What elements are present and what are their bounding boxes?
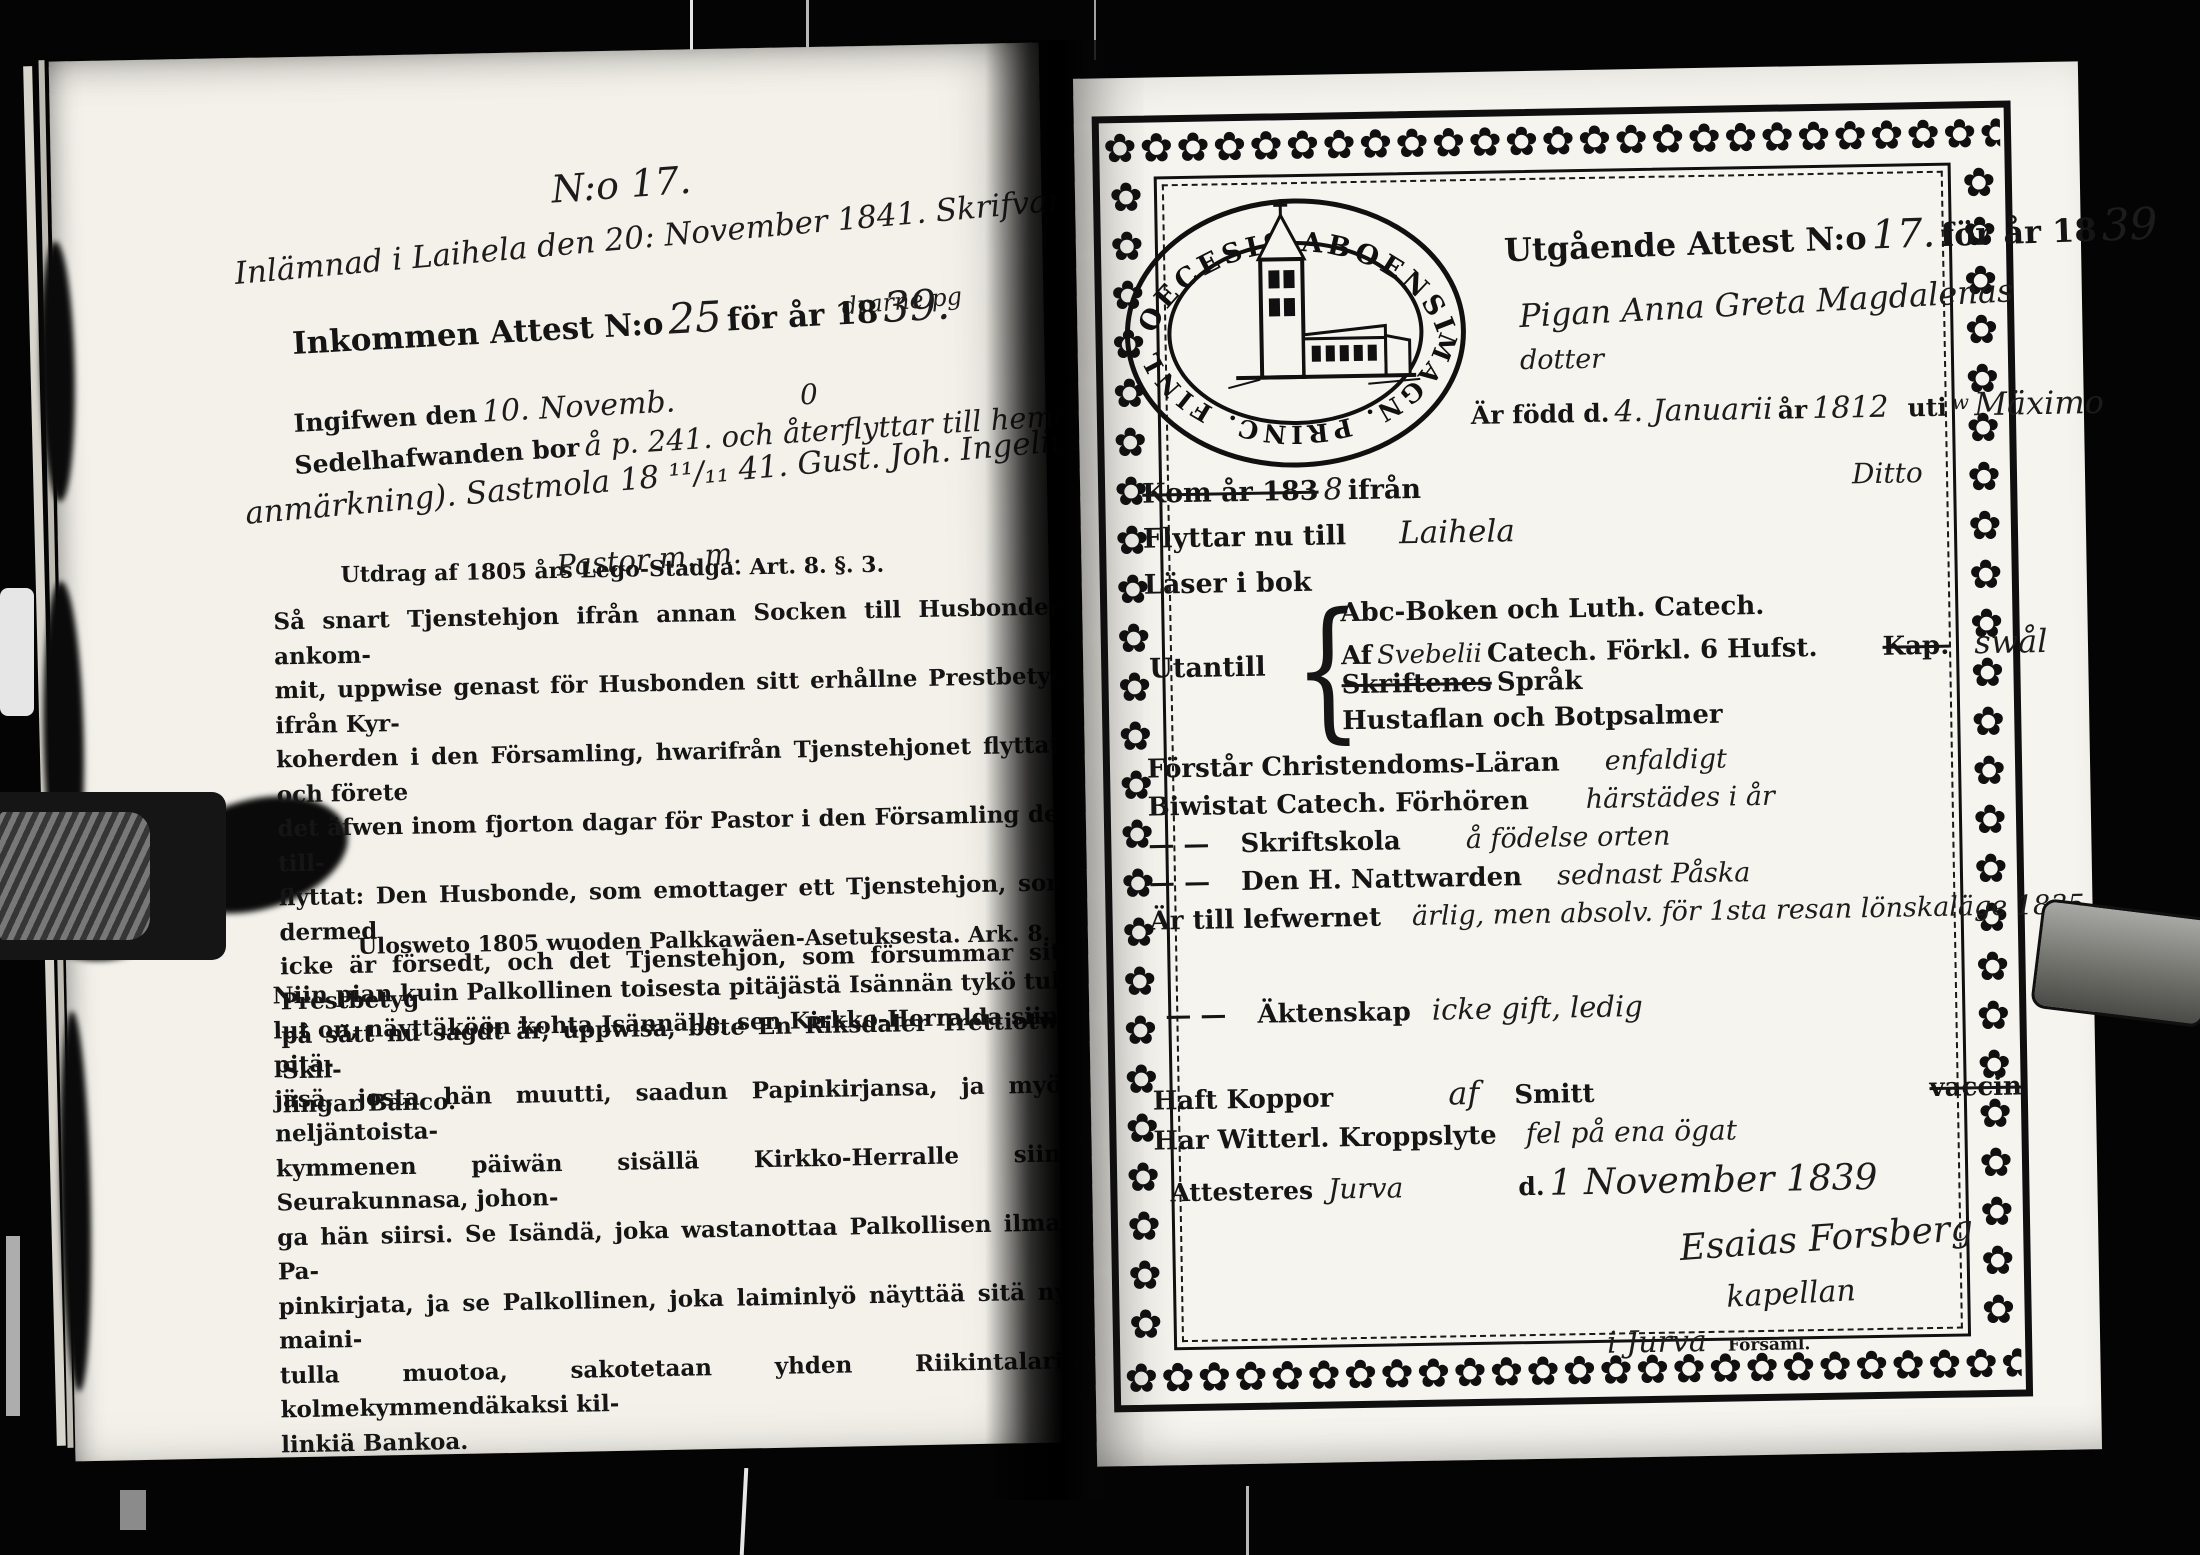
utantill-label: Utantill — [1149, 652, 1266, 685]
diocese-seal: DIOECESIS ABOENSIS. MAGN. PRINC. FINL. — [1117, 184, 1474, 480]
outgoing-attest-number: 17. — [1871, 210, 1936, 258]
signature-parish-printed: Församl. — [1728, 1334, 1811, 1355]
moves-to-row: Flyttar nu till Laihela — [1143, 513, 1515, 555]
born-year-label: år — [1777, 395, 1807, 425]
smallpox-label: Haft Koppor — [1153, 1083, 1334, 1116]
born-place-label: uti — [1907, 393, 1947, 423]
bodily-defect-value: fel på ena ögat — [1525, 1113, 1737, 1150]
moves-to-label: Flyttar nu till — [1143, 520, 1347, 555]
incoming-attest-infix: för år 18 — [726, 294, 879, 338]
ink-smear — [38, 241, 77, 502]
film-scratch — [6, 1236, 20, 1416]
incoming-attest-year: 39. — [882, 279, 951, 332]
utantill-line2-grade: swål — [1974, 622, 2048, 661]
moves-to-value: Laihela — [1399, 513, 1515, 551]
signature-parish-row: i Jurva Församl. — [1607, 1322, 1811, 1361]
attested-date: 1 November 1839 — [1549, 1157, 1878, 1204]
holy-communion-dash: — — — [1149, 868, 1211, 899]
utantill-line3-struck: Skriftenes — [1341, 668, 1492, 701]
born-place-superscript: w — [1952, 390, 1970, 414]
smallpox-infected-label: Smitt — [1514, 1079, 1595, 1110]
born-day-value: 4. Januarii — [1614, 392, 1773, 430]
attested-date-prefix: d. — [1518, 1172, 1545, 1201]
microfilm-scan: N:o 17. Inlämnad i Laihela den 20: Novem… — [0, 0, 2200, 1555]
utantill-line2-struck: Kap. — [1882, 631, 1949, 662]
film-scratch — [1246, 1486, 1249, 1555]
smallpox-hand: af — [1448, 1074, 1480, 1113]
reads-in-book-label: Läser i bok — [1144, 567, 1312, 601]
book-strap-left-highlight — [0, 812, 150, 940]
confirmation-school-dash: — — — [1148, 830, 1210, 861]
person-name-line2: dotter — [1520, 344, 1605, 376]
born-place-ditto: Ditto — [1852, 456, 1923, 490]
attested-label: Attesteres — [1170, 1176, 1313, 1207]
signature-title: kapellan — [1725, 1273, 1856, 1315]
film-scratch — [120, 1490, 146, 1530]
finnish-extract-body: Niin pian kuin Palkollinen toisesta pitä… — [272, 964, 1081, 1462]
conduct-label: Är till lefwernet — [1149, 903, 1381, 937]
incoming-attest-number: 25 — [667, 292, 723, 344]
holy-communion-value: sednast Påska — [1557, 857, 1751, 891]
incoming-attest-heading: Inkommen Attest N:o 25 för år 18 39. — [291, 279, 951, 364]
left-page: N:o 17. Inlämnad i Laihela den 20: Novem… — [49, 43, 1066, 1462]
swedish-extract-heading: Utdrag af 1805 års Lego-Stadga. Art. 8. … — [340, 552, 884, 588]
confirmation-school-label: Skriftskola — [1240, 826, 1401, 859]
holy-communion-label: Den H. Nattwarden — [1241, 862, 1522, 897]
understands-doctrine-value: enfaldigt — [1604, 744, 1727, 777]
born-label: Är född d. — [1471, 399, 1610, 430]
came-from-label: ifrån — [1348, 474, 1422, 506]
marriage-value: icke gift, ledig — [1432, 989, 1644, 1027]
marriage-dash: — — — [1165, 1000, 1227, 1031]
smallpox-vaccine-struck: vaccin — [1929, 1071, 2022, 1103]
utantill-line2-prefix: Af — [1341, 641, 1372, 672]
case-number: N:o 17. — [550, 158, 693, 212]
outgoing-attest-infix: för år 18 — [1940, 211, 2098, 254]
book-strap-right — [2030, 898, 2200, 1028]
marriage-label: Äktenskap — [1257, 997, 1411, 1030]
right-page: ✿✿✿✿✿✿✿✿✿✿✿✿✿✿✿✿✿✿✿✿✿✿✿✿✿✿ ✿✿✿✿✿✿✿✿✿✿✿✿✿… — [1073, 61, 2102, 1466]
signature-parish-hand: i Jurva — [1607, 1324, 1707, 1361]
came-year-label: Kom år 183 — [1142, 476, 1319, 510]
bodily-defect-label: Har Witterl. Kroppslyte — [1153, 1121, 1497, 1157]
confirmation-school-value: å födelse orten — [1466, 821, 1671, 856]
utantill-line2-rest: Catech. Förkl. 6 Hufst. — [1487, 633, 1818, 669]
rosette-border-bottom: ✿✿✿✿✿✿✿✿✿✿✿✿✿✿✿✿✿✿✿✿✿✿✿✿✿✿ — [1124, 1340, 2022, 1404]
ingifwen-label: Ingifwen den — [293, 399, 478, 438]
incoming-attest-prefix: Inkommen Attest N:o — [291, 306, 664, 362]
attended-catechism-value: härstädes i år — [1586, 781, 1776, 815]
film-scratch — [740, 1468, 749, 1555]
came-year-row: Kom år 183 8 ifrån — [1142, 471, 1421, 511]
ingifwen-extra-mark: 0 — [799, 378, 819, 412]
utantill-line3: Skriftenes Språk — [1341, 666, 1582, 700]
utantill-line2-handbook: Svebelii — [1377, 639, 1482, 671]
attested-place: Jurva — [1328, 1171, 1404, 1205]
born-year-value: 1812 — [1812, 390, 1889, 426]
film-scratch — [0, 588, 34, 716]
utantill-line3-rest: Språk — [1497, 666, 1583, 697]
ingifwen-value: 10. Novemb. — [481, 384, 676, 429]
came-year-hand: 8 — [1323, 472, 1343, 507]
born-place-value: Mäximo — [1974, 383, 2104, 423]
outgoing-attest-year: 39 — [2101, 199, 2159, 252]
